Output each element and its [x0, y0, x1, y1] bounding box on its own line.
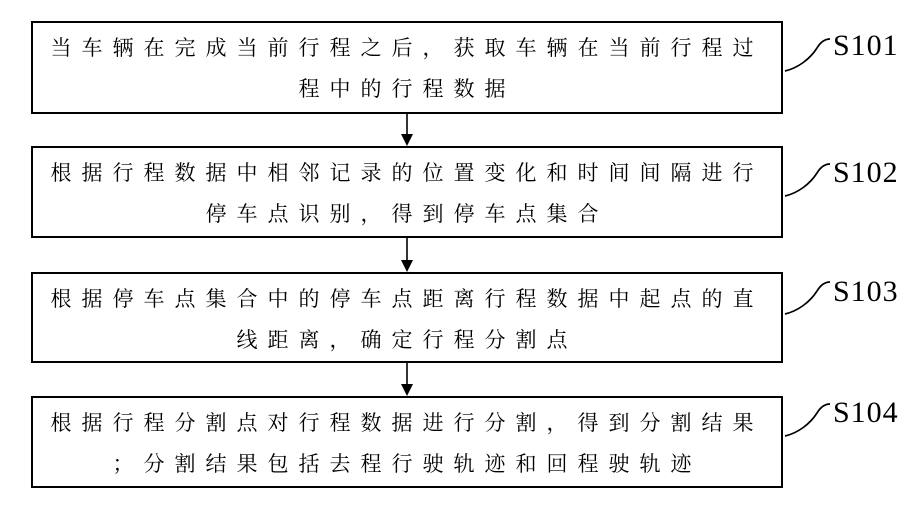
step-label-s101: S101	[833, 30, 923, 62]
leader-line-s102	[784, 158, 832, 198]
down-arrow-icon	[399, 114, 415, 146]
flow-step-box-s104: 根据行程分割点对行程数据进行分割，得到分割结果 ；分割结果包括去程行驶轨迹和回程…	[31, 396, 783, 488]
step-text: 根据停车点集合中的停车点距离行程数据中起点的直 线距离，确定行程分割点	[33, 274, 781, 361]
step-text-line: 线距离，确定行程分割点	[33, 320, 781, 361]
leader-line-s103	[784, 276, 832, 316]
step-label-s104: S104	[833, 397, 923, 429]
step-text-line: 停车点识别，得到停车点集合	[33, 194, 781, 235]
flow-step-box-s101: 当车辆在完成当前行程之后，获取车辆在当前行程过 程中的行程数据	[31, 21, 783, 114]
step-text-line: 根据停车点集合中的停车点距离行程数据中起点的直	[33, 279, 781, 320]
flow-step-box-s103: 根据停车点集合中的停车点距离行程数据中起点的直 线距离，确定行程分割点	[31, 272, 783, 363]
step-text-line: 程中的行程数据	[33, 69, 781, 110]
step-text: 根据行程数据中相邻记录的位置变化和时间间隔进行 停车点识别，得到停车点集合	[33, 148, 781, 235]
leader-line-s104	[784, 398, 832, 438]
step-label-s102: S102	[833, 157, 923, 189]
leader-line-s101	[784, 33, 832, 73]
step-text-line: ；分割结果包括去程行驶轨迹和回程驶轨迹	[33, 444, 781, 485]
step-text-line: 当车辆在完成当前行程之后，获取车辆在当前行程过	[33, 28, 781, 69]
down-arrow-icon	[399, 238, 415, 272]
step-text-line: 根据行程分割点对行程数据进行分割，得到分割结果	[33, 403, 781, 444]
down-arrow-icon	[399, 363, 415, 396]
step-text: 根据行程分割点对行程数据进行分割，得到分割结果 ；分割结果包括去程行驶轨迹和回程…	[33, 398, 781, 485]
flow-step-box-s102: 根据行程数据中相邻记录的位置变化和时间间隔进行 停车点识别，得到停车点集合	[31, 146, 783, 238]
step-text: 当车辆在完成当前行程之后，获取车辆在当前行程过 程中的行程数据	[33, 23, 781, 110]
step-label-s103: S103	[833, 276, 923, 308]
step-text-line: 根据行程数据中相邻记录的位置变化和时间间隔进行	[33, 153, 781, 194]
flowchart: 当车辆在完成当前行程之后，获取车辆在当前行程过 程中的行程数据 S101 根据行…	[0, 0, 924, 512]
